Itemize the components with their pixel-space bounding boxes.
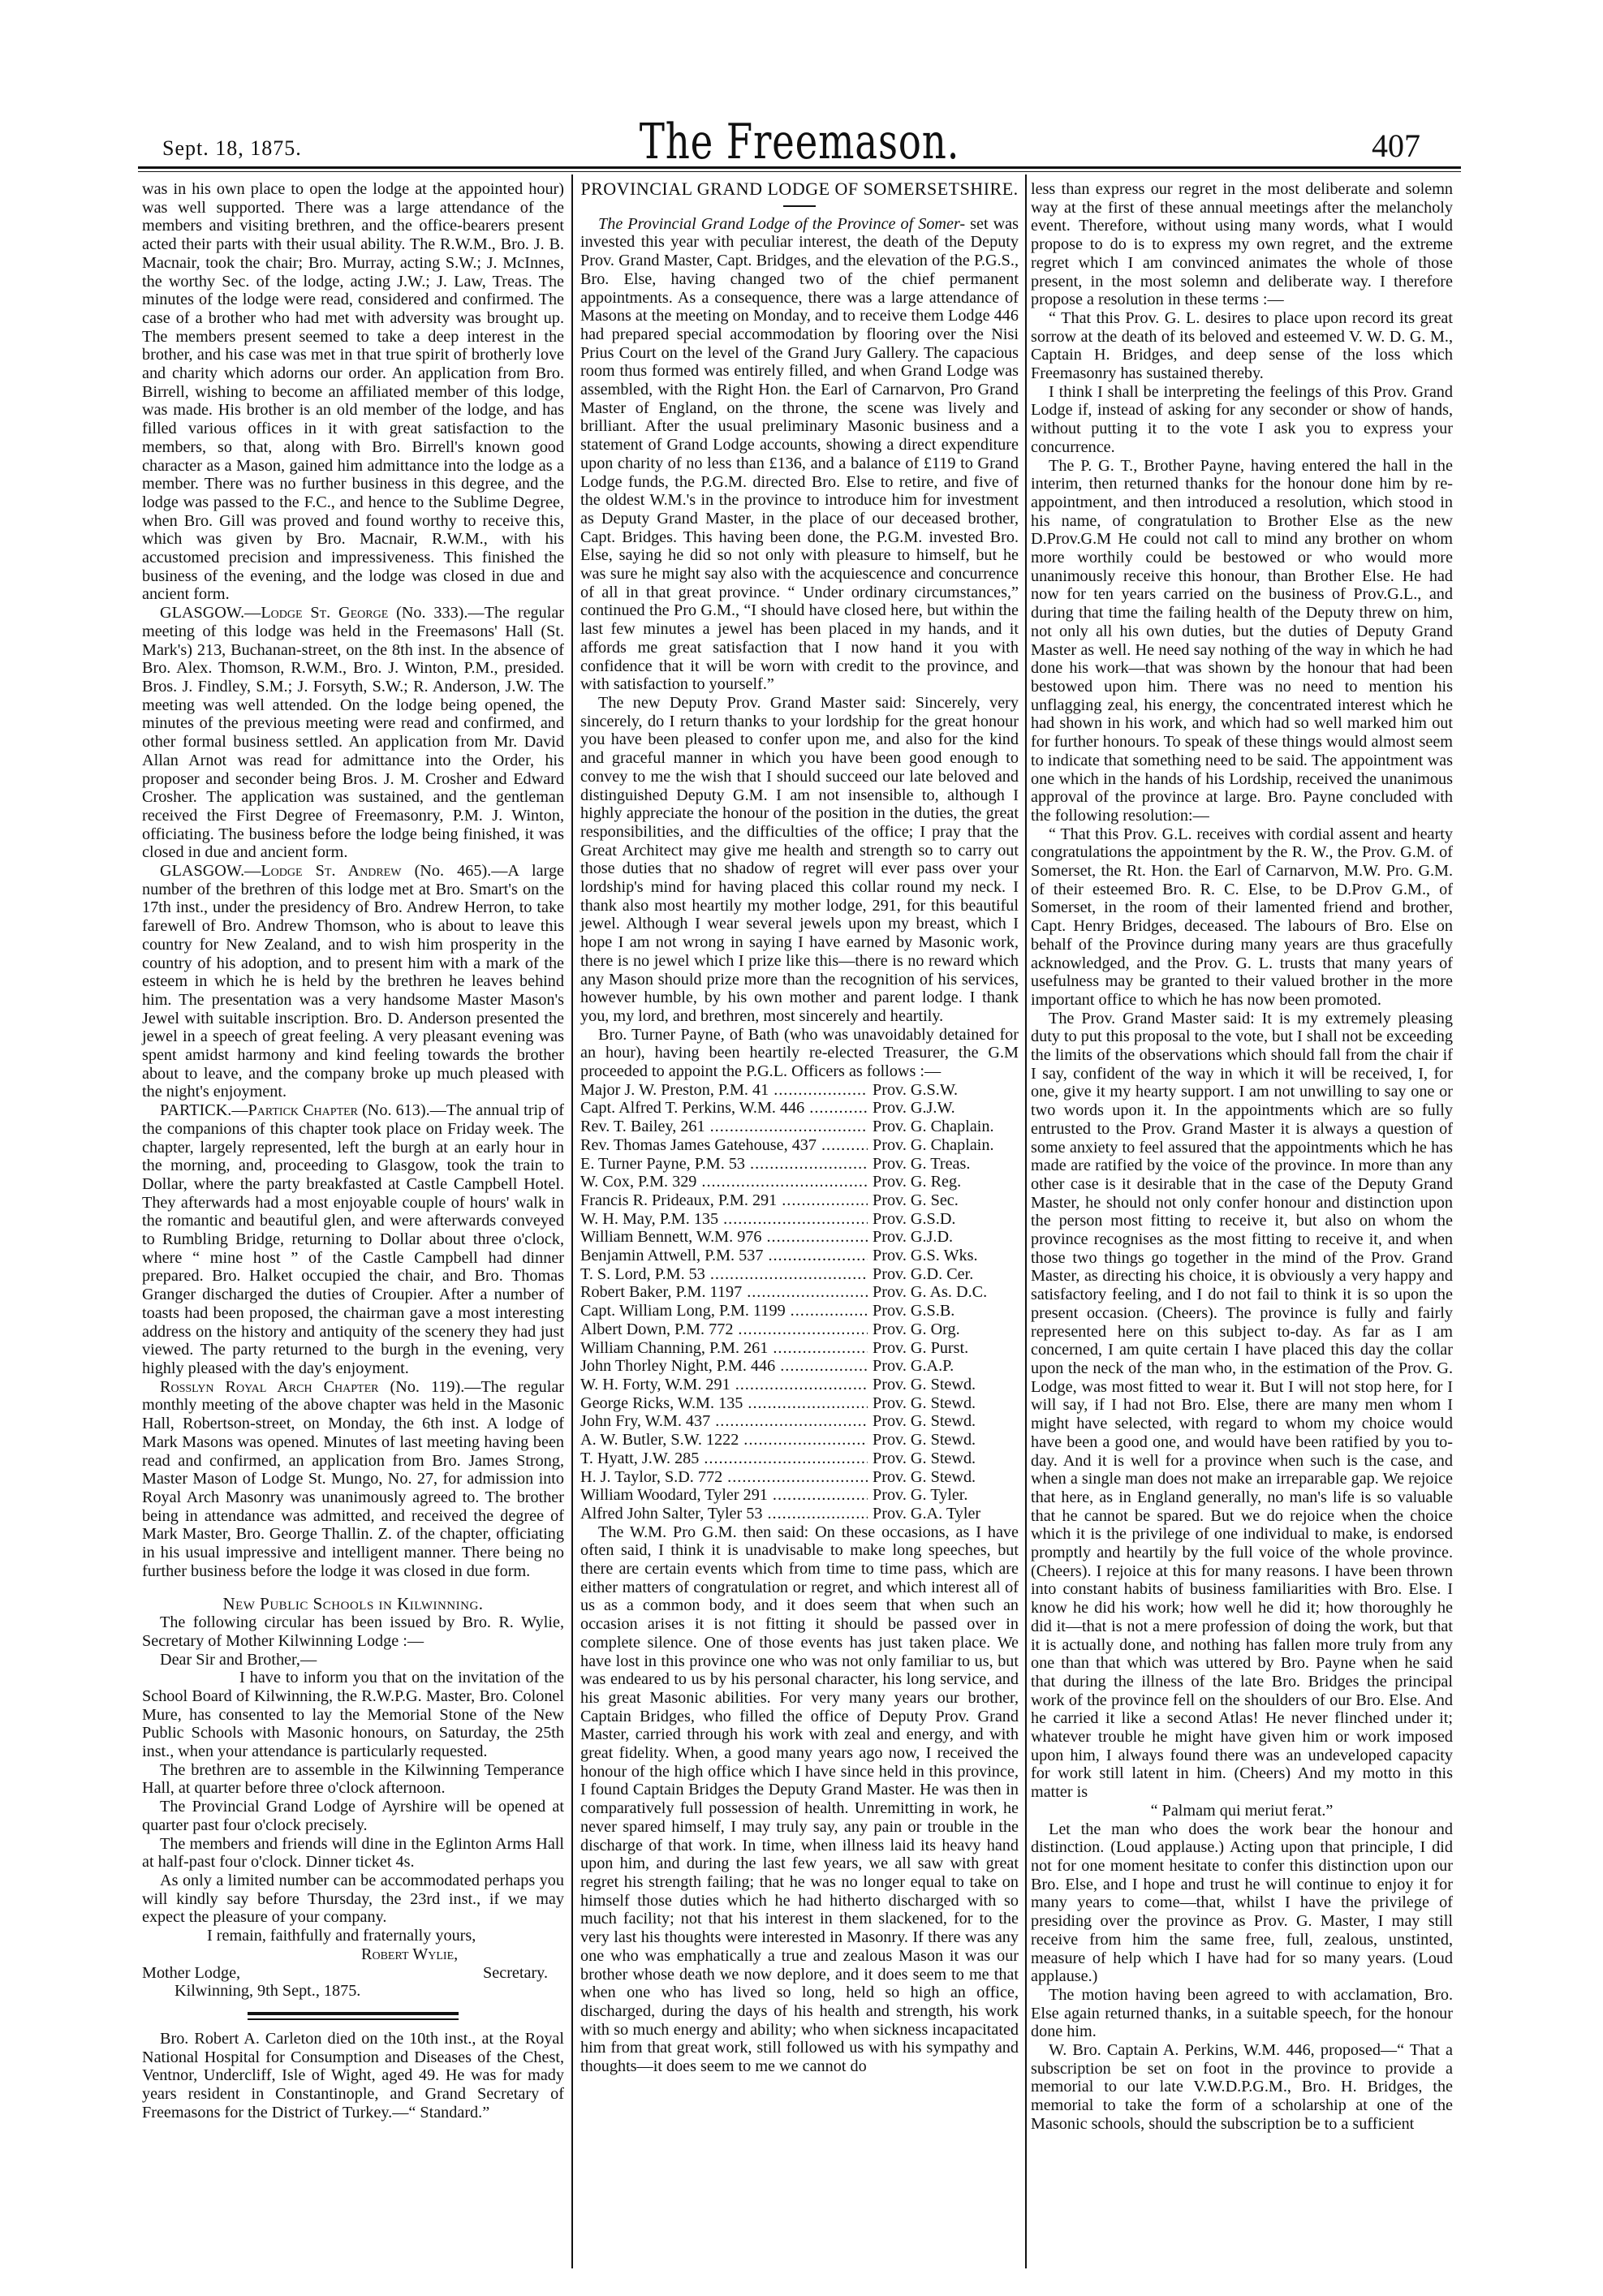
article-paragraph: I think I shall be interpreting the feel… <box>1031 383 1453 457</box>
publication-title: The Freemason. <box>283 114 1315 170</box>
heading-rule <box>783 205 816 207</box>
header-rule-thick <box>138 166 1461 169</box>
article-paragraph: Bro. Turner Payne, of Bath (who was unav… <box>580 1026 1019 1081</box>
officer-row: John Fry, W.M. 437Prov. G. Stewd. <box>580 1412 1019 1431</box>
article-paragraph: The Prov. Grand Master said: It is my ex… <box>1031 1010 1453 1802</box>
motto: “ Palmam qui meriut ferat.” <box>1031 1802 1453 1820</box>
report-body: A large number of the brethren of this l… <box>142 862 564 1101</box>
article-intro-italic: The Provincial Grand Lodge of the Provin… <box>598 215 965 233</box>
article-paragraph: The P. G. T., Brother Payne, having ente… <box>1031 457 1453 825</box>
officer-row: E. Turner Payne, P.M. 53Prov. G. Treas. <box>580 1155 1019 1174</box>
circular-signature: Robert Wylie, <box>142 1945 564 1964</box>
report-lodge-number: (No. 465).— <box>415 862 508 880</box>
report-lodge-name: Rosslyn Royal Arch Chapter <box>160 1378 379 1396</box>
circular-dateline: Kilwinning, 9th Sept., 1875. <box>142 1982 564 2001</box>
officer-row: H. J. Taylor, S.D. 772Prov. G. Stewd. <box>580 1468 1019 1487</box>
circular-paragraph: As only a limited number can be accommod… <box>142 1872 564 1927</box>
circular-role: Secretary. <box>483 1964 548 1983</box>
officer-row: Rev. Thomas James Gatehouse, 437Prov. G.… <box>580 1136 1019 1155</box>
report-lodge-number: (No. 119).— <box>390 1378 481 1396</box>
report-glasgow-st-george: GLASGOW.—Lodge St. George (No. 333).—The… <box>142 604 564 862</box>
obituary-carleton: Bro. Robert A. Carleton died on the 10th… <box>142 2030 564 2122</box>
column-divider-right <box>1025 174 1027 2268</box>
report-place: GLASGOW.— <box>160 604 261 622</box>
page-number: 407 <box>1372 127 1420 165</box>
circular-signoff: Mother Lodge, Secretary. <box>142 1964 564 1983</box>
officer-row: W. Cox, P.M. 329Prov. G. Reg. <box>580 1173 1019 1191</box>
officer-row: Benjamin Attwell, P.M. 537Prov. G.S. Wks… <box>580 1247 1019 1265</box>
report-glasgow-st-andrew: GLASGOW.—Lodge St. Andrew (No. 465).—A l… <box>142 862 564 1101</box>
circular-intro: The following circular has been issued b… <box>142 1613 564 1650</box>
report-lodge-name: Lodge St. George <box>261 604 388 622</box>
issue-date: Sept. 18, 1875. <box>162 136 302 161</box>
officer-row: William Channing, P.M. 261Prov. G. Purst… <box>580 1339 1019 1358</box>
article-paragraph: The new Deputy Prov. Grand Master said: … <box>580 694 1019 1026</box>
article-paragraph: W. Bro. Captain A. Perkins, W.M. 446, pr… <box>1031 2041 1453 2134</box>
officer-row: John Thorley Night, P.M. 446Prov. G.A.P. <box>580 1357 1019 1376</box>
section-divider <box>248 2012 459 2020</box>
report-lodge-number: (No. 333).— <box>396 604 485 622</box>
report-rosslyn: Rosslyn Royal Arch Chapter (No. 119).—Th… <box>142 1378 564 1581</box>
officer-row: Albert Down, P.M. 772Prov. G. Org. <box>580 1320 1019 1339</box>
report-lodge-name: Partick Chapter <box>248 1101 358 1119</box>
column-divider-left <box>571 174 573 2268</box>
officers-list: Major J. W. Preston, P.M. 41Prov. G.S.W.… <box>580 1081 1019 1523</box>
left-column: was in his own place to open the lodge a… <box>142 180 564 2122</box>
article-heading: PROVINCIAL GRAND LODGE OF SOMERSETSHIRE. <box>580 180 1019 199</box>
article-continuation: was in his own place to open the lodge a… <box>142 180 564 604</box>
report-place: GLASGOW.— <box>160 862 261 880</box>
resolution-congratulation: “ That this Prov. G.L. receives with cor… <box>1031 825 1453 1010</box>
report-body: The regular meeting of this lodge was he… <box>142 604 564 861</box>
officer-row: T. Hyatt, J.W. 285Prov. G. Stewd. <box>580 1450 1019 1468</box>
section-heading-kilwinning: New Public Schools in Kilwinning. <box>142 1595 564 1613</box>
resolution-condolence: “ That this Prov. G. L. desires to place… <box>1031 309 1453 383</box>
article-continuation: less than express our regret in the most… <box>1031 180 1453 309</box>
circular-paragraph: The members and friends will dine in the… <box>142 1835 564 1872</box>
officer-row: W. H. May, P.M. 135Prov. G.S.D. <box>580 1210 1019 1229</box>
article-paragraph: The W.M. Pro G.M. then said: On these oc… <box>580 1523 1019 2076</box>
circular-closing: I remain, faithfully and fraternally you… <box>142 1927 564 1945</box>
circular-salutation: Dear Sir and Brother,— <box>142 1651 564 1669</box>
report-place: PARTICK.— <box>160 1101 248 1119</box>
header-rule-thin <box>138 171 1461 172</box>
officer-row: Capt. William Long, P.M. 1199Prov. G.S.B… <box>580 1302 1019 1320</box>
report-partick: PARTICK.—Partick Chapter (No. 613).—The … <box>142 1101 564 1378</box>
circular-paragraph: The brethren are to assemble in the Kilw… <box>142 1761 564 1798</box>
circular-place: Mother Lodge, <box>142 1964 240 1983</box>
middle-column: PROVINCIAL GRAND LODGE OF SOMERSETSHIRE.… <box>580 180 1019 2076</box>
officer-row: Robert Baker, P.M. 1197Prov. G. As. D.C. <box>580 1283 1019 1302</box>
article-intro: The Provincial Grand Lodge of the Provin… <box>580 215 1019 694</box>
officer-row: T. S. Lord, P.M. 53Prov. G.D. Cer. <box>580 1265 1019 1284</box>
officer-row: George Ricks, W.M. 135Prov. G. Stewd. <box>580 1394 1019 1413</box>
officer-row: Francis R. Prideaux, P.M. 291Prov. G. Se… <box>580 1191 1019 1210</box>
report-body: The regular monthly meeting of the above… <box>142 1378 564 1580</box>
article-intro-body: set was invested this year with peculiar… <box>580 215 1019 694</box>
officer-row: Rev. T. Bailey, 261Prov. G. Chaplain. <box>580 1118 1019 1136</box>
right-column: less than express our regret in the most… <box>1031 180 1453 2134</box>
officer-row: A. W. Butler, S.W. 1222Prov. G. Stewd. <box>580 1431 1019 1450</box>
report-lodge-number: (No. 613).— <box>362 1101 446 1119</box>
article-paragraph: The motion having been agreed to with ac… <box>1031 1986 1453 2041</box>
officer-row: William Woodard, Tyler 291Prov. G. Tyler… <box>580 1486 1019 1505</box>
officer-row: W. H. Forty, W.M. 291Prov. G. Stewd. <box>580 1376 1019 1394</box>
circular-paragraph: The Provincial Grand Lodge of Ayrshire w… <box>142 1798 564 1834</box>
officer-row: Major J. W. Preston, P.M. 41Prov. G.S.W. <box>580 1081 1019 1100</box>
report-lodge-name: Lodge St. Andrew <box>261 862 401 880</box>
officer-row: Alfred John Salter, Tyler 53Prov. G.A. T… <box>580 1505 1019 1523</box>
masthead: Sept. 18, 1875. The Freemason. 407 <box>138 114 1461 170</box>
circular-paragraph: I have to inform you that on the invitat… <box>142 1669 564 1761</box>
officer-row: William Bennett, W.M. 976Prov. G.J.D. <box>580 1228 1019 1247</box>
article-paragraph: Let the man who does the work bear the h… <box>1031 1820 1453 1986</box>
report-body: The annual trip of the companions of thi… <box>142 1101 564 1377</box>
officer-row: Capt. Alfred T. Perkins, W.M. 446Prov. G… <box>580 1099 1019 1118</box>
